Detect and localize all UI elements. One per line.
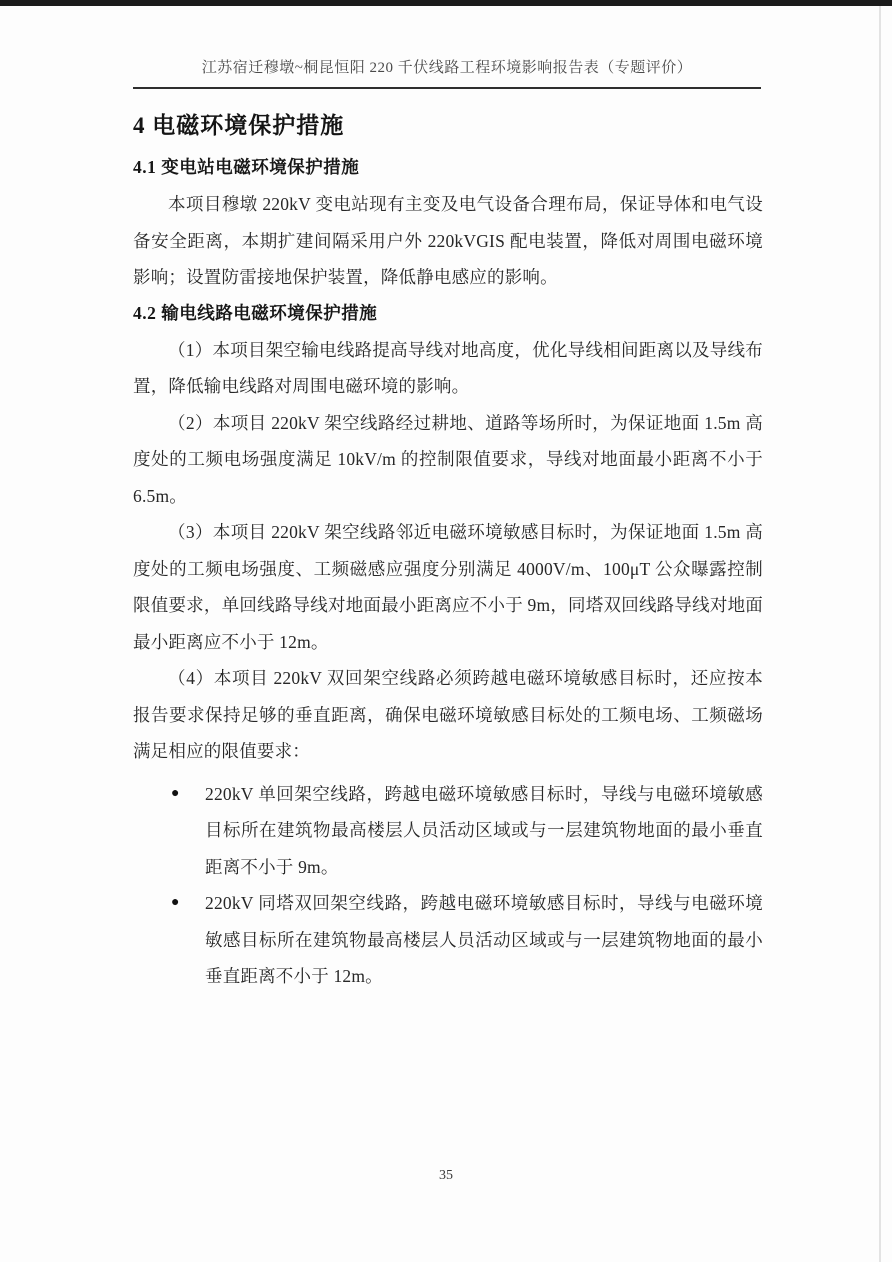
section-4-2-paragraph-4: （4）本项目 220kV 双回架空线路必须跨越电磁环境敏感目标时，还应按本报告要… — [133, 660, 763, 770]
page-footer: 35 — [0, 1168, 892, 1184]
bullet-icon: ● — [171, 885, 180, 922]
chapter-heading: 4 电磁环境保护措施 — [133, 110, 763, 142]
section-4-2-heading: 4.2 输电线路电磁环境保护措施 — [133, 300, 763, 326]
section-4-1-heading: 4.1 变电站电磁环境保护措施 — [133, 154, 763, 180]
document-page: 江苏宿迁穆墩~桐昆恒阳 220 千伏线路工程环境影响报告表（专题评价） 4 电磁… — [0, 0, 892, 1262]
bullet-icon: ● — [171, 776, 180, 813]
scan-artifact-top-bar — [0, 0, 892, 6]
bullet-item-text: 220kV 单回架空线路，跨越电磁环境敏感目标时，导线与电磁环境敏感目标所在建筑… — [205, 784, 763, 877]
section-4-2-paragraph-2: （2）本项目 220kV 架空线路经过耕地、道路等场所时，为保证地面 1.5m … — [133, 405, 763, 515]
section-4-2-paragraph-3: （3）本项目 220kV 架空线路邻近电磁环境敏感目标时，为保证地面 1.5m … — [133, 514, 763, 660]
running-header-title: 江苏宿迁穆墩~桐昆恒阳 220 千伏线路工程环境影响报告表（专题评价） — [202, 60, 693, 76]
running-header: 江苏宿迁穆墩~桐昆恒阳 220 千伏线路工程环境影响报告表（专题评价） — [133, 56, 761, 89]
bullet-item-single-circuit: ● 220kV 单回架空线路，跨越电磁环境敏感目标时，导线与电磁环境敏感目标所在… — [133, 776, 763, 886]
section-4-2-paragraph-1: （1）本项目架空输电线路提高导线对地高度，优化导线相间距离以及导线布置，降低输电… — [133, 332, 763, 405]
page-number: 35 — [439, 1168, 453, 1183]
scan-artifact-right-edge — [879, 6, 881, 1262]
document-body: 4 电磁环境保护措施 4.1 变电站电磁环境保护措施 本项目穆墩 220kV 变… — [133, 110, 763, 995]
section-4-1-paragraph: 本项目穆墩 220kV 变电站现有主变及电气设备合理布局，保证导体和电气设备安全… — [133, 186, 763, 296]
bullet-list: ● 220kV 单回架空线路，跨越电磁环境敏感目标时，导线与电磁环境敏感目标所在… — [133, 776, 763, 995]
bullet-item-text: 220kV 同塔双回架空线路，跨越电磁环境敏感目标时，导线与电磁环境敏感目标所在… — [205, 893, 763, 986]
bullet-item-double-circuit: ● 220kV 同塔双回架空线路，跨越电磁环境敏感目标时，导线与电磁环境敏感目标… — [133, 885, 763, 995]
